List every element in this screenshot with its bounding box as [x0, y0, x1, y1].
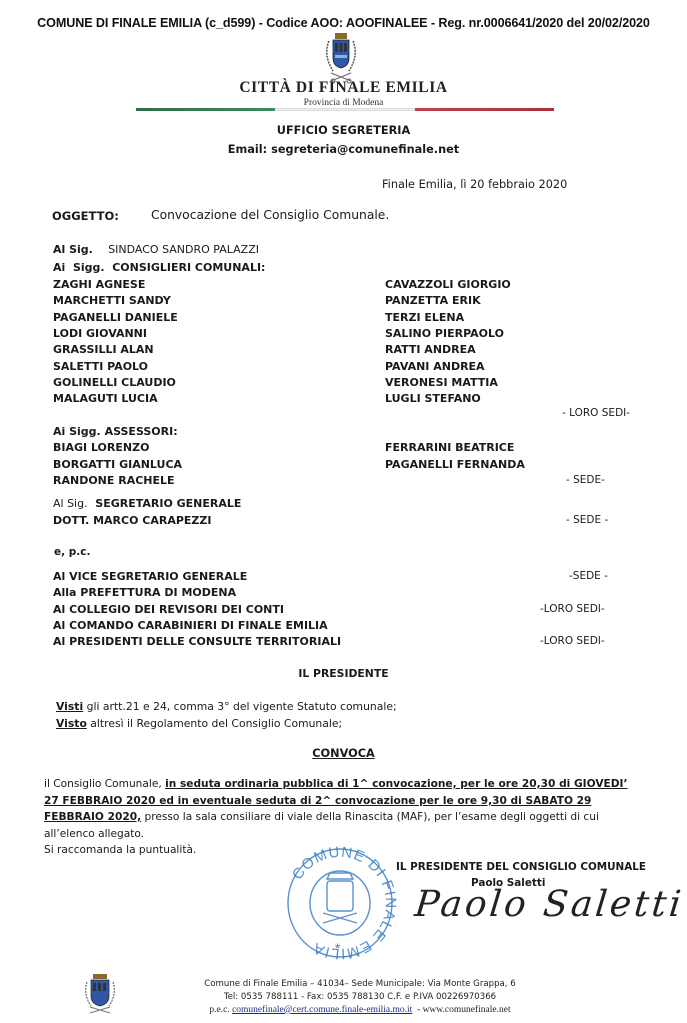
footer-pec-label: p.e.c. — [209, 1005, 232, 1015]
footer-contacts: p.e.c. comunefinale@cert.comune.finale-e… — [150, 1004, 570, 1017]
cc-destination: -LORO SEDI- — [540, 603, 605, 615]
assessors-heading: Ai Sigg. ASSESSORI: — [53, 425, 178, 438]
whereas-keyword: Visto — [56, 717, 87, 730]
footer-phone: Tel: 0535 788111 - Fax: 0535 788130 C.F.… — [150, 991, 570, 1004]
assessor-name: FERRARINI BEATRICE — [385, 441, 514, 454]
secretary-prefix: Al Sig. — [53, 497, 88, 510]
councillor-name: MALAGUTI LUCIA — [53, 392, 158, 405]
footer-pec-link[interactable]: comunefinale@cert.comune.finale-emilia.m… — [232, 1005, 412, 1015]
whereas-clause: Visti gli artt.21 e 24, comma 3° del vig… — [56, 700, 397, 713]
assessor-name: BORGATTI GIANLUCA — [53, 458, 182, 471]
councillor-name: TERZI ELENA — [385, 311, 464, 324]
councillor-name: ZAGHI AGNESE — [53, 278, 145, 291]
whereas-text: altresì il Regolamento del Consiglio Com… — [87, 717, 342, 730]
convocation-intro: il Consiglio Comunale, — [44, 778, 165, 790]
councillor-name: RATTI ANDREA — [385, 343, 476, 356]
city-title: CITTÀ DI FINALE EMILIA — [0, 79, 687, 97]
subject-label: OGGETTO: — [52, 209, 119, 223]
councillor-name: PAGANELLI DANIELE — [53, 311, 178, 324]
cc-recipient: Al COLLEGIO DEI REVISORI DEI CONTI — [53, 603, 284, 616]
secretary-destination: - SEDE - — [566, 514, 608, 526]
councillor-name: CAVAZZOLI GIORGIO — [385, 278, 511, 291]
councillor-name: SALINO PIERPAOLO — [385, 327, 504, 340]
assessor-name: RANDONE RACHELE — [53, 474, 175, 487]
councillor-name: SALETTI PAOLO — [53, 360, 148, 373]
svg-text:COMUNE DI FINALE EMILIA: COMUNE DI FINALE EMILIA — [289, 844, 398, 962]
whereas-keyword: Visti — [56, 700, 83, 713]
footer-crest-icon — [82, 974, 118, 1014]
assessors-destination: - SEDE- — [566, 474, 605, 486]
office-email: Email: segreteria@comunefinale.net — [0, 143, 687, 156]
footer: Comune di Finale Emilia – 41034– Sede Mu… — [150, 978, 570, 1017]
whereas-clause: Visto altresì il Regolamento del Consigl… — [56, 717, 342, 730]
whereas-text: gli artt.21 e 24, comma 3° del vigente S… — [83, 700, 397, 713]
secretary-heading-text: SEGRETARIO GENERALE — [95, 497, 241, 510]
convoca-heading: CONVOCA — [0, 747, 687, 760]
councillors-prefix: Ai Sigg. — [53, 261, 105, 274]
cc-recipient: Al PRESIDENTI DELLE CONSULTE TERRITORIAL… — [53, 635, 341, 648]
protocol-header: COMUNE DI FINALE EMILIA (c_d599) - Codic… — [0, 16, 687, 30]
councillors-destination: - LORO SEDI- — [562, 407, 630, 419]
footer-website: - www.comunefinale.net — [412, 1005, 510, 1015]
councillor-name: VERONESI MATTIA — [385, 376, 498, 389]
province-label: Provincia di Modena — [0, 98, 687, 108]
mayor-name: SINDACO SANDRO PALAZZI — [108, 243, 259, 256]
cc-recipient: Al VICE SEGRETARIO GENERALE — [53, 570, 247, 583]
official-stamp-icon: COMUNE DI FINALE EMILIA * — [283, 843, 398, 963]
assessor-name: BIAGI LORENZO — [53, 441, 149, 454]
handwritten-signature: Paolo Saletti — [413, 884, 686, 925]
footer-address: Comune di Finale Emilia – 41034– Sede Mu… — [150, 978, 570, 991]
secretary-heading: Al Sig. SEGRETARIO GENERALE — [53, 497, 241, 510]
cc-label: e, p.c. — [54, 546, 90, 558]
councillor-name: PANZETTA ERIK — [385, 294, 481, 307]
stamp-text: COMUNE DI FINALE EMILIA — [289, 844, 398, 962]
office-name: UFFICIO SEGRETERIA — [0, 124, 687, 137]
councillors-heading-text: CONSIGLIERI COMUNALI: — [112, 261, 265, 274]
cc-destination: -LORO SEDI- — [540, 635, 605, 647]
subject-text: Convocazione del Consiglio Comunale. — [151, 208, 389, 222]
councillor-name: GOLINELLI CLAUDIO — [53, 376, 176, 389]
secretary-name: DOTT. MARCO CARAPEZZI — [53, 514, 211, 527]
convocation-closing: Si raccomanda la puntualità. — [44, 844, 196, 856]
signatory-title: IL PRESIDENTE DEL CONSIGLIO COMUNALE — [396, 861, 646, 873]
mayor-line: Al Sig. SINDACO SANDRO PALAZZI — [53, 243, 259, 256]
tricolor-divider — [136, 108, 554, 111]
councillor-name: LUGLI STEFANO — [385, 392, 481, 405]
councillor-name: MARCHETTI SANDY — [53, 294, 171, 307]
president-heading: IL PRESIDENTE — [0, 667, 687, 680]
mayor-prefix: Al Sig. — [53, 243, 93, 256]
svg-text:*: * — [335, 940, 341, 956]
assessor-name: PAGANELLI FERNANDA — [385, 458, 525, 471]
councillors-heading: Ai Sigg. CONSIGLIERI COMUNALI: — [53, 261, 265, 274]
cc-recipient: Al COMANDO CARABINIERI DI FINALE EMILIA — [53, 619, 328, 632]
cc-destination: -SEDE - — [569, 570, 608, 582]
councillor-name: PAVANI ANDREA — [385, 360, 485, 373]
councillor-name: GRASSILLI ALAN — [53, 343, 154, 356]
councillor-name: LODI GIOVANNI — [53, 327, 147, 340]
place-date: Finale Emilia, lì 20 febbraio 2020 — [382, 178, 567, 191]
cc-recipient: Alla PREFETTURA DI MODENA — [53, 586, 236, 599]
